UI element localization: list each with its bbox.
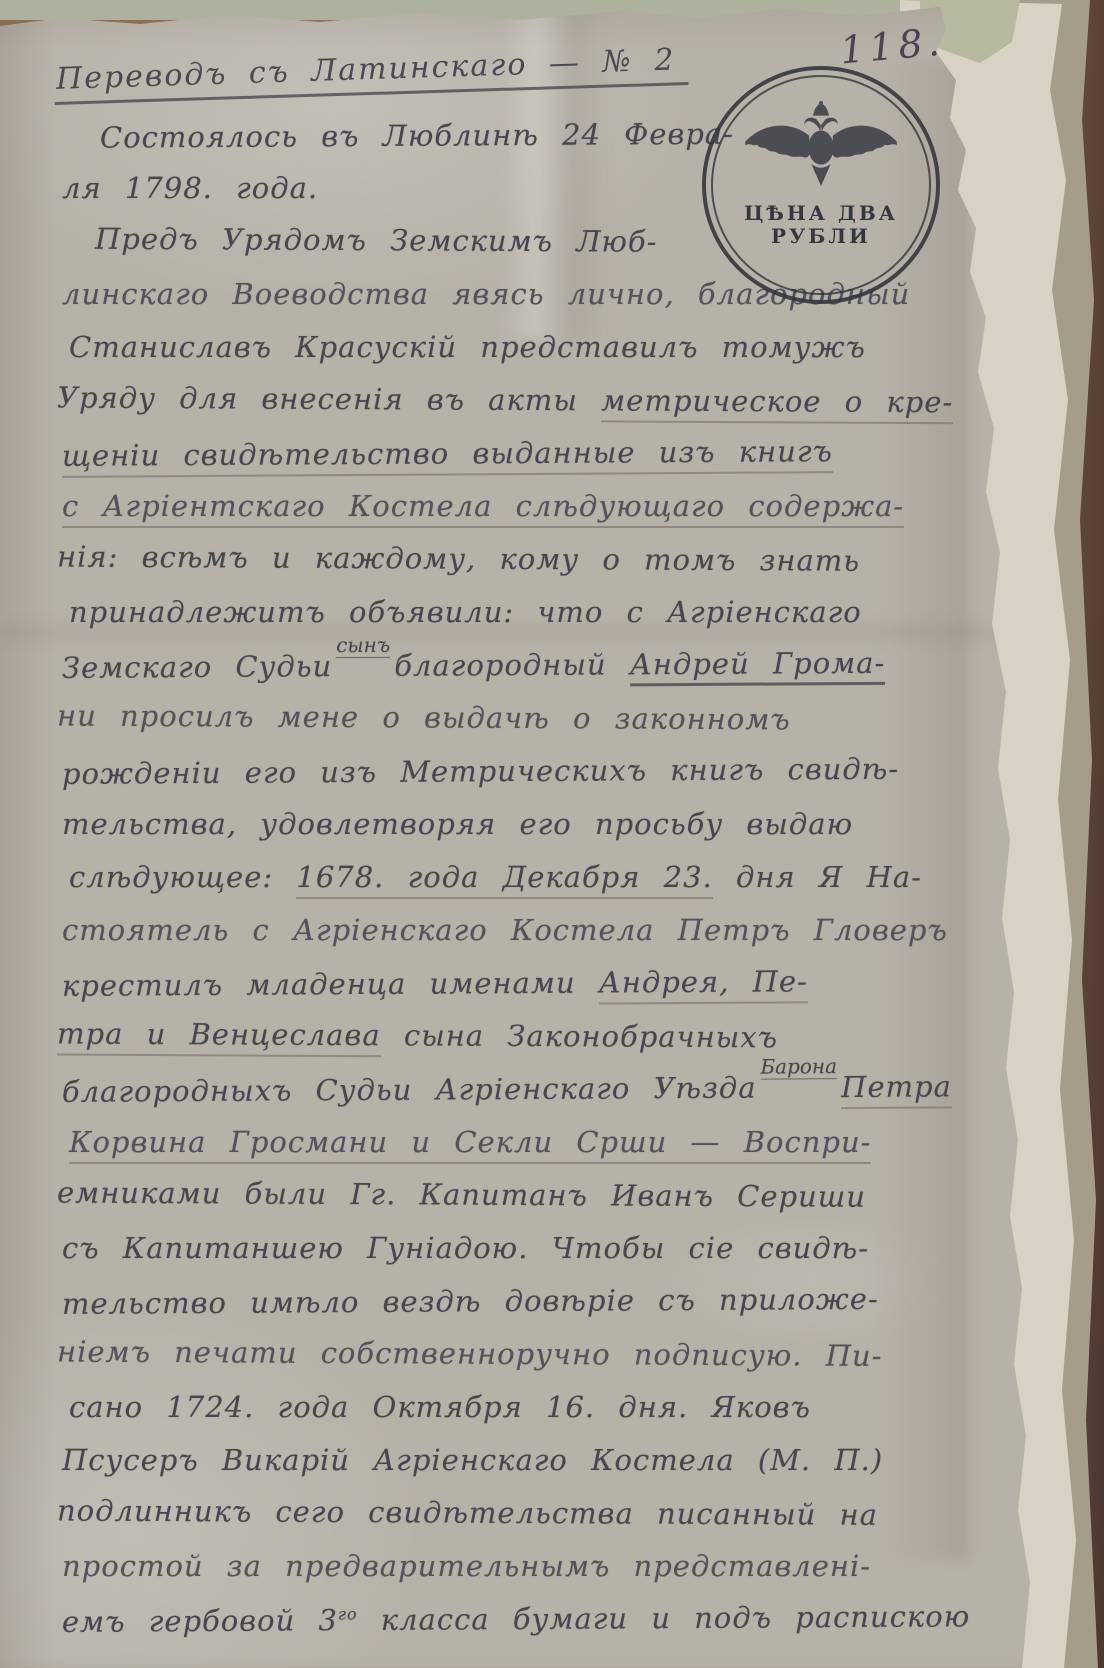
manuscript-text: Андрея, Пе- (599, 964, 808, 1004)
manuscript-line: нія: всѣмъ и каждому, кому о томъ знать (57, 540, 987, 598)
page-number: 118. (838, 20, 946, 73)
manuscript-text: Земскаго Судьи (62, 649, 333, 685)
manuscript-text: Петра (841, 1069, 952, 1109)
manuscript-text: с Агріентскаго Костела слѣдующаго содерж… (62, 489, 904, 528)
manuscript-text: простой за предварительнымъ представлені… (62, 1549, 871, 1583)
manuscript-text: крестилъ младенца именами (62, 966, 599, 1003)
manuscript-text: емниками были Гг. Капитанъ Иванъ Сериши (57, 1176, 866, 1214)
manuscript-line: подлинникъ сего свидѣтельства писанный н… (57, 1494, 987, 1552)
interline-insertion: Барона (760, 1054, 837, 1079)
manuscript-line: ніемъ печати собственноручно подписую. П… (57, 1335, 987, 1393)
manuscript-text: тра и Венцеслава (57, 1017, 381, 1058)
manuscript-text: благородный (394, 647, 630, 682)
manuscript-line: простой за предварительнымъ представлені… (62, 1549, 992, 1602)
manuscript-text: Уряду для внесенія въ акты (57, 381, 601, 418)
manuscript-text: подлинникъ сего свидѣтельства писанный н… (57, 1494, 878, 1532)
stamp-text-line1: ЦѢНА ДВА (744, 202, 898, 225)
manuscript-line: Уряду для внесенія въ акты метрическое о… (57, 381, 987, 439)
manuscript-text: сано 1724. года Октября 16. дня. Яковъ (69, 1390, 811, 1424)
double-headed-eagle-icon (735, 100, 907, 204)
manuscript-text: Андрей Грома- (630, 646, 886, 687)
manuscript-line: стоятель с Агріенскаго Костела Петръ Гло… (62, 913, 992, 966)
manuscript-text: стоятель с Агріенскаго Костела Петръ Гло… (62, 913, 948, 947)
manuscript-text: класса бумаги и подъ распискою (357, 1599, 970, 1637)
manuscript-line: ни просилъ мене о выдачѣ о законномъ (57, 699, 987, 757)
manuscript-text: Корвина Гросмани и Секли Срши — Воспри- (69, 1125, 871, 1164)
manuscript-line: принадлежитъ объявили: что с Агріенскаго (69, 595, 999, 648)
manuscript-line: Станиславъ Красускій представилъ томужъ (69, 330, 999, 383)
interline-insertion: сынъ (336, 633, 390, 658)
manuscript-text: сына Законобрачныхъ (381, 1018, 779, 1054)
manuscript-text: тельства, удовлетворяя его просьбу выдаю (62, 807, 853, 841)
manuscript-line: крестилъ младенца именами Андрея, Пе- (62, 963, 992, 1022)
manuscript-line: рожденіи его изъ Метрическихъ книгъ свид… (62, 751, 992, 810)
manuscript-text: ля 1798. года. (62, 171, 318, 205)
manuscript-line: слѣдующее: 1678. года Декабря 23. дня Я … (69, 860, 999, 913)
manuscript-text: ни просилъ мене о выдачѣ о законномъ (57, 699, 791, 737)
manuscript-text: слѣдующее: (69, 860, 296, 894)
manuscript-page: Переводъ съ Латинскаго — № 2 118. (0, 0, 1104, 1668)
manuscript-line: сано 1724. года Октября 16. дня. Яковъ (69, 1390, 999, 1443)
revenue-stamp: ЦѢНА ДВА РУБЛИ (702, 66, 940, 304)
manuscript-line: емниками были Гг. Капитанъ Иванъ Сериши (57, 1176, 987, 1234)
manuscript-text: нія: всѣмъ и каждому, кому о томъ знать (57, 540, 860, 578)
manuscript-line: щеніи свидѣтельство выданные изъ книгъ (62, 433, 992, 492)
manuscript-line: Псусеръ Викарій Агріенскаго Костела (М. … (62, 1443, 992, 1496)
manuscript-line: Земскаго Судьисынъблагородный Андрей Гро… (62, 645, 992, 704)
manuscript-text: благородныхъ Судьи Агріенскаго Уѣзда (62, 1071, 757, 1109)
stamp-text-line2: РУБЛИ (771, 225, 871, 248)
manuscript-photograph: Переводъ съ Латинскаго — № 2 118. (0, 0, 1104, 1668)
manuscript-text: емъ гербовой 3 (62, 1603, 338, 1639)
manuscript-text: принадлежитъ объявили: что с Агріенскаго (69, 595, 862, 629)
manuscript-text: Состоялось въ Люблинѣ 24 Февра- (100, 117, 734, 155)
manuscript-text: Псусеръ Викарій Агріенскаго Костела (М. … (62, 1443, 883, 1477)
manuscript-text: тельство имѣло вездѣ довѣріе съ приложе- (62, 1282, 879, 1321)
manuscript-text: метрическое о кре- (601, 383, 953, 424)
manuscript-text: щеніи свидѣтельство выданные изъ книгъ (62, 434, 833, 478)
manuscript-line: емъ гербовой 3го класса бумаги и подъ ра… (62, 1599, 992, 1658)
manuscript-line: тельства, удовлетворяя его просьбу выдаю (62, 807, 992, 860)
manuscript-line: с Агріентскаго Костела слѣдующаго содерж… (62, 489, 992, 542)
manuscript-text: дня Я На- (713, 860, 922, 894)
manuscript-line: Корвина Гросмани и Секли Срши — Воспри- (69, 1125, 999, 1178)
manuscript-text: ніемъ печати собственноручно подписую. П… (57, 1335, 883, 1373)
manuscript-line: тра и Венцеслава сына Законобрачныхъ (57, 1017, 987, 1075)
document-title: Переводъ съ Латинскаго — № 2 (53, 42, 688, 105)
manuscript-line: благородныхъ Судьи Агріенскаго УѣздаБаро… (62, 1069, 992, 1128)
manuscript-text: го (338, 1604, 358, 1623)
manuscript-lines: Состоялось въ Люблинѣ 24 Февра-ля 1798. … (62, 118, 992, 1655)
manuscript-line: тельство имѣло вездѣ довѣріе съ приложе- (62, 1281, 992, 1340)
manuscript-text: Станиславъ Красускій представилъ томужъ (69, 330, 866, 364)
manuscript-text: Предъ Урядомъ Земскимъ Люб- (95, 222, 658, 259)
manuscript-text: съ Капитаншею Гуніадою. Чтобы сіе свидѣ- (62, 1231, 869, 1265)
manuscript-text: рожденіи его изъ Метрическихъ книгъ свид… (62, 752, 899, 791)
manuscript-text: 1678. года Декабря 23. (296, 860, 712, 899)
manuscript-line: съ Капитаншею Гуніадою. Чтобы сіе свидѣ- (62, 1231, 992, 1284)
